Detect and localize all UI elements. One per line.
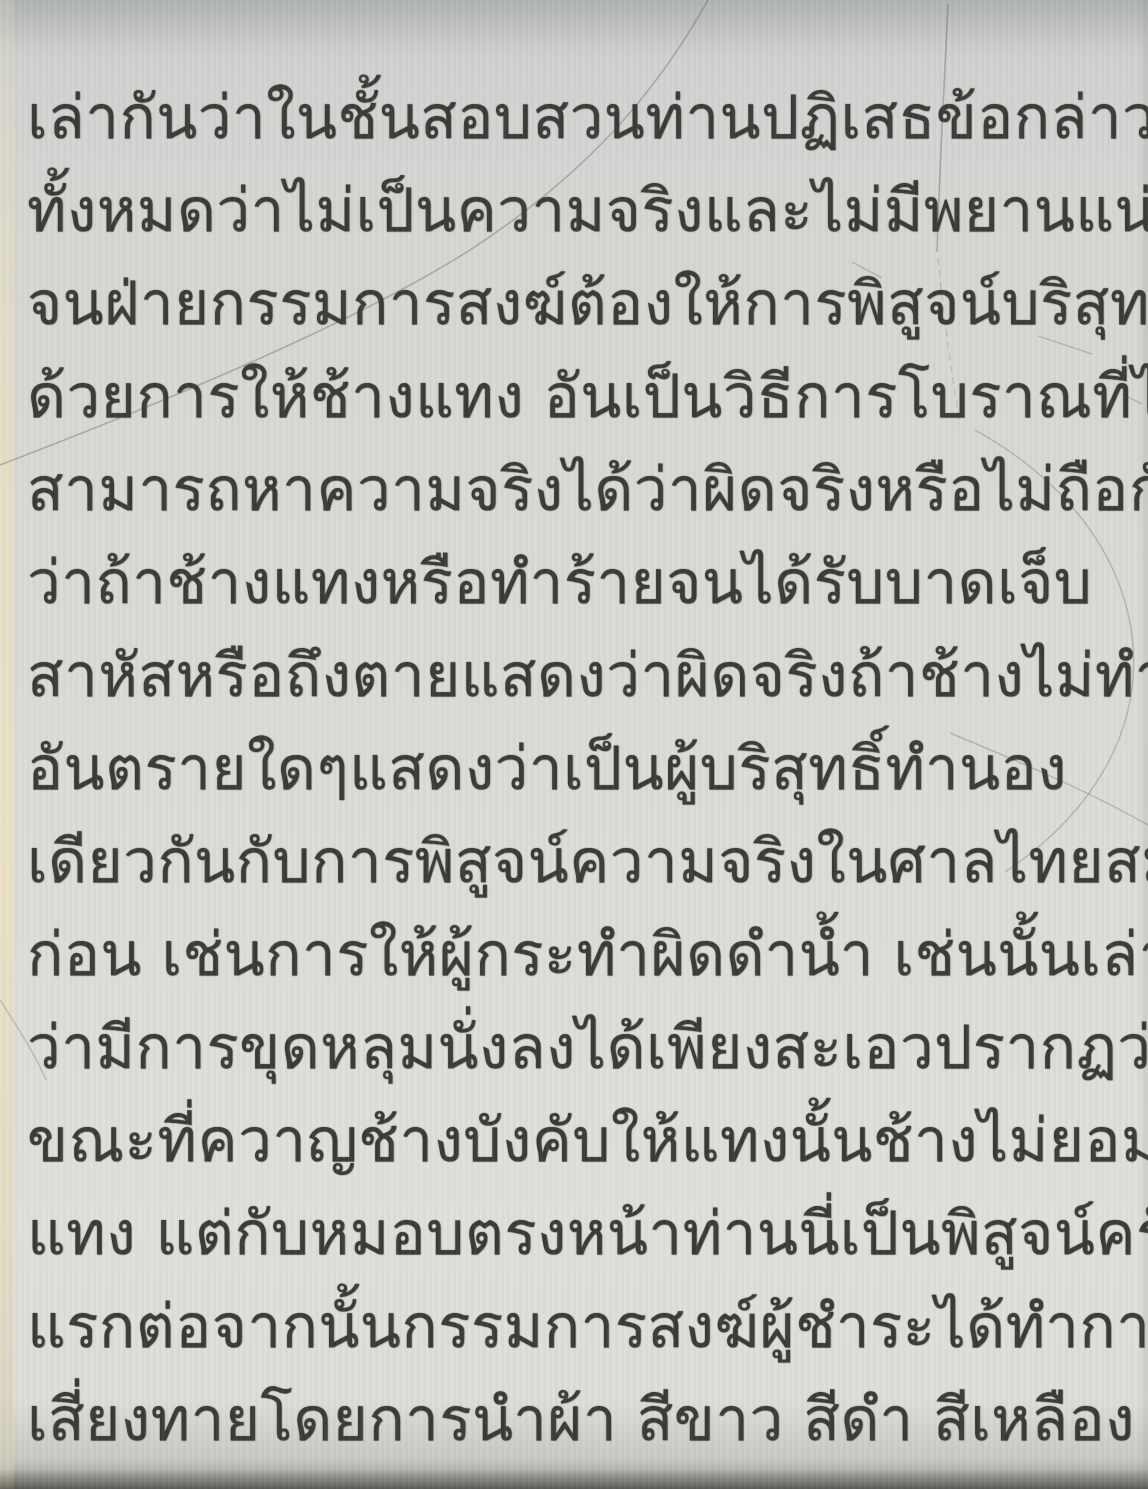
text-line: สามารถหาความจริงได้ว่าผิดจริงหรือไม่ถือก…: [27, 444, 1127, 537]
text-line: ขณะที่ควาญช้างบังคับให้แทงนั้นช้างไม่ยอม: [27, 1095, 1127, 1188]
top-shadow: [0, 0, 1148, 60]
body-text: เล่ากันว่าในชั้นสอบสวนท่านปฏิเสธข้อกล่าว…: [27, 72, 1127, 1467]
text-line: ด้วยการให้ช้างแทง อันเป็นวิธีการโบราณที่…: [27, 351, 1127, 444]
text-line: ว่ามีการขุดหลุมนั่งลงได้เพียงสะเอวปรากฏว…: [27, 1002, 1127, 1095]
text-line: อันตรายใดๆแสดงว่าเป็นผู้บริสุทธิ์ทำนอง: [27, 723, 1127, 816]
text-line: ว่าถ้าช้างแทงหรือทำร้ายจนได้รับบาดเจ็บ: [27, 537, 1127, 630]
paper-left-edge: [0, 0, 13, 1489]
text-line: สาหัสหรือถึงตายแสดงว่าผิดจริงถ้าช้างไม่ท…: [27, 630, 1127, 723]
photographed-page: เล่ากันว่าในชั้นสอบสวนท่านปฏิเสธข้อกล่าว…: [0, 0, 1148, 1489]
text-line: ทั้งหมดว่าไม่เป็นความจริงและไม่มีพยานแน่…: [27, 165, 1127, 258]
text-line: แทง แต่กับหมอบตรงหน้าท่านนี่เป็นพิสูจน์ค…: [27, 1188, 1127, 1281]
text-line: เล่ากันว่าในชั้นสอบสวนท่านปฏิเสธข้อกล่าว…: [27, 72, 1127, 165]
bottom-shadow: [0, 1469, 1148, 1489]
text-line: เสี่ยงทายโดยการนำผ้า สีขาว สีดำ สีเหลือง: [27, 1374, 1127, 1467]
text-line: แรกต่อจากนั้นกรรมการสงฆ์ผู้ชำระได้ทำการ: [27, 1281, 1127, 1374]
text-line: เดียวกันกับการพิสูจน์ความจริงในศาลไทยสมั…: [27, 816, 1127, 909]
text-line: จนฝ่ายกรรมการสงฆ์ต้องให้การพิสูจน์บริสุท…: [27, 258, 1127, 351]
text-line: ก่อน เช่นการให้ผู้กระทำผิดดำน้ำ เช่นนั้น…: [27, 909, 1127, 1002]
